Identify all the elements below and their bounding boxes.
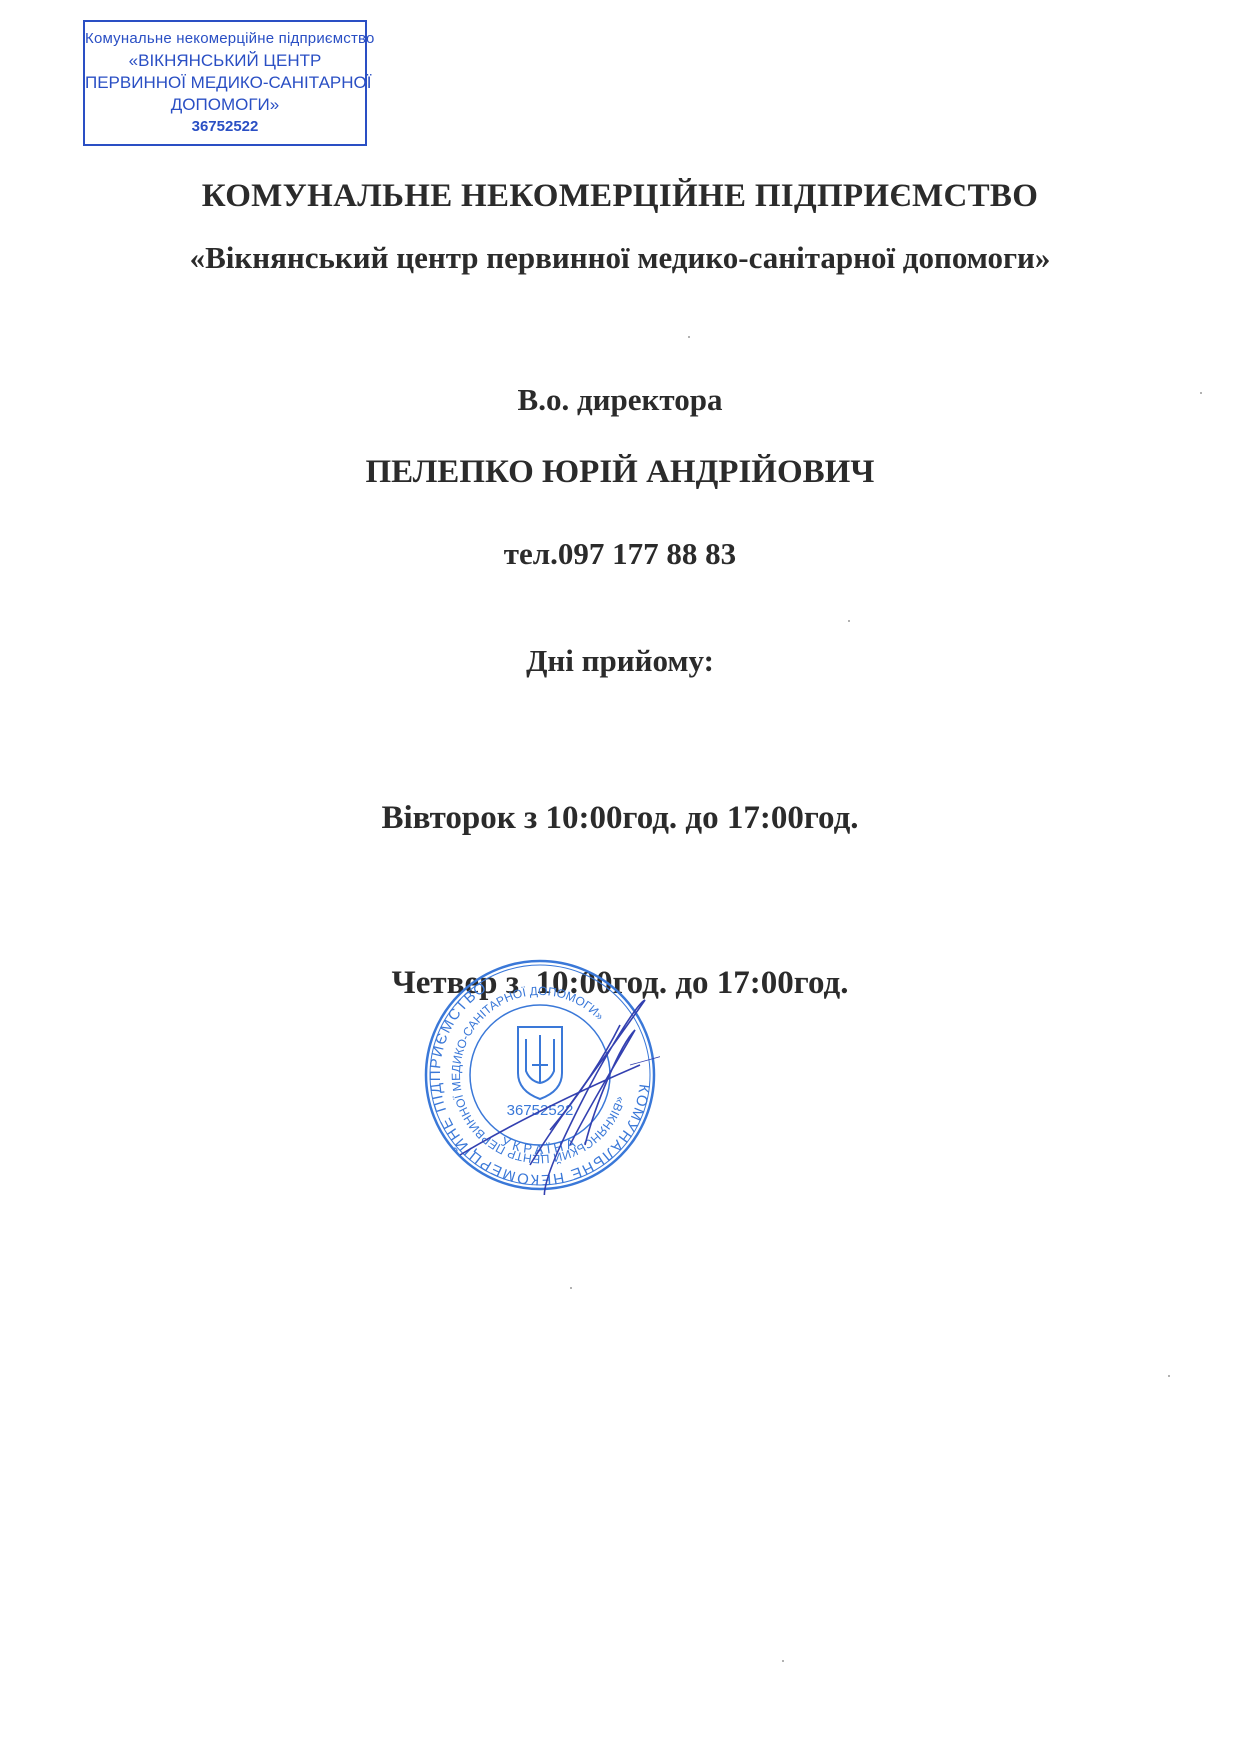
reception-day: Вівторок з 10:00год. до 17:00год.	[0, 800, 1240, 837]
director-role: В.о. директора	[0, 382, 1240, 418]
scan-speck	[688, 336, 690, 338]
scan-speck	[570, 1287, 572, 1289]
round-seal-stamp: КОМУНАЛЬНЕ НЕКОМЕРЦІЙНЕ ПІДПРИЄМСТВО «ВІ…	[420, 955, 660, 1195]
stamp-code: 36752522	[85, 116, 365, 138]
stamp-line: Комунальне некомерційне підприємство	[85, 28, 365, 50]
director-phone: тел.097 177 88 83	[0, 536, 1240, 572]
stamp-line: ДОПОМОГИ»	[85, 94, 365, 116]
organization-subtitle: «Вікнянський центр первинної медико-сані…	[0, 240, 1240, 276]
trident-icon	[518, 1027, 562, 1099]
scan-speck	[848, 620, 850, 622]
stamp-line: ПЕРВИННОЇ МЕДИКО-САНІТАРНОЇ	[85, 72, 365, 94]
scan-speck	[782, 1660, 784, 1662]
reception-heading: Дні прийому:	[0, 643, 1240, 679]
scan-speck	[1168, 1375, 1170, 1377]
scan-speck	[1200, 392, 1202, 394]
rectangular-stamp: Комунальне некомерційне підприємство «ВІ…	[83, 20, 367, 146]
director-name: ПЕЛЕПКО ЮРІЙ АНДРІЙОВИЧ	[0, 454, 1240, 491]
organization-title: КОМУНАЛЬНЕ НЕКОМЕРЦІЙНЕ ПІДПРИЄМСТВО	[0, 178, 1240, 215]
stamp-line: «ВІКНЯНСЬКИЙ ЦЕНТР	[85, 50, 365, 72]
